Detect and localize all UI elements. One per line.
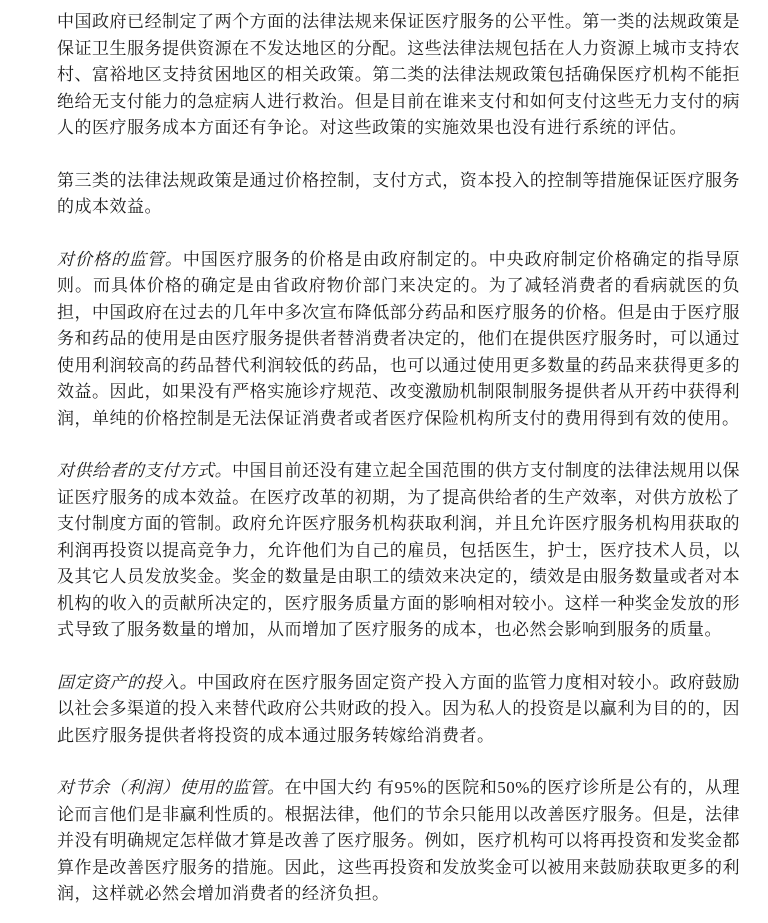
paragraph-text: 第三类的法律法规政策是通过价格控制，支付方式，资本投入的控制等措施保证医疗服务的… — [57, 171, 740, 217]
paragraph-text: 中国政府已经制定了两个方面的法律法规来保证医疗服务的公平性。第一类的法规政策是保… — [57, 12, 740, 137]
paragraph-provider-payment: 对供给者的支付方式。中国目前还没有建立起全国范围的供方支付制度的法律法规用以保证… — [57, 458, 740, 644]
section-lead-provider-payment: 对供给者的支付方式。 — [57, 461, 232, 480]
document-page: 中国政府已经制定了两个方面的法律法规来保证医疗服务的公平性。第一类的法规政策是保… — [0, 0, 768, 923]
paragraph-price-regulation: 对价格的监管。中国医疗服务的价格是由政府制定的。中央政府制定价格确定的指导原则。… — [57, 247, 740, 433]
paragraph-fixed-assets: 固定资产的投入。中国政府在医疗服务固定资产投入方面的监管力度相对较小。政府鼓励以… — [57, 670, 740, 750]
paragraph-text: 中国目前还没有建立起全国范围的供方支付制度的法律法规用以保证医疗服务的成本效益。… — [57, 461, 740, 639]
paragraph-text: 中国医疗服务的价格是由政府制定的。中央政府制定价格确定的指导原则。而具体价格的确… — [57, 250, 740, 428]
section-lead-price-regulation: 对价格的监管。 — [57, 250, 183, 269]
section-lead-surplus-regulation: 对节余（利润）使用的监管。 — [57, 778, 285, 797]
section-lead-fixed-assets: 固定资产的投入。 — [57, 673, 197, 692]
paragraph-third-category: 第三类的法律法规政策是通过价格控制，支付方式，资本投入的控制等措施保证医疗服务的… — [57, 168, 740, 221]
paragraph-surplus-regulation: 对节余（利润）使用的监管。在中国大约 有95%的医院和50%的医疗诊所是公有的，… — [57, 775, 740, 908]
paragraph-equity-regulations: 中国政府已经制定了两个方面的法律法规来保证医疗服务的公平性。第一类的法规政策是保… — [57, 9, 740, 142]
